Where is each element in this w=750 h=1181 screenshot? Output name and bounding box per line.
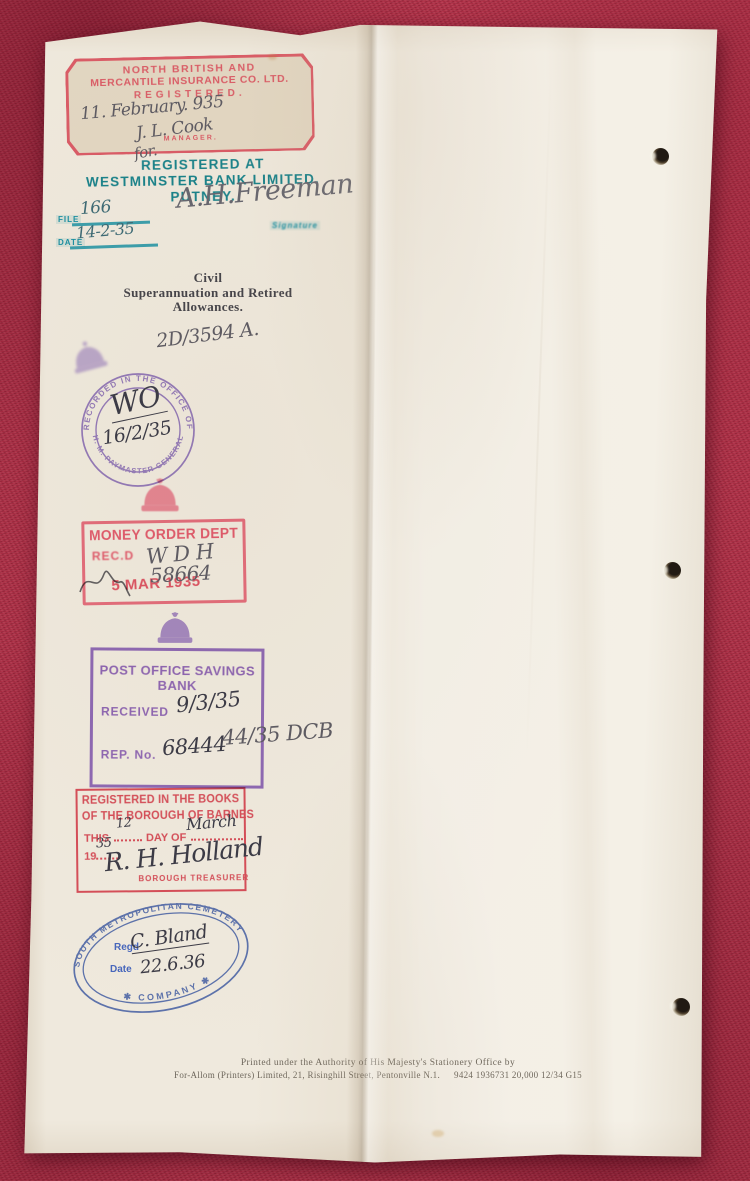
imprint-line2: For-Allom (Printers) Limited, 21, Rising… — [118, 1070, 638, 1080]
civil-line3: Allowances. — [58, 300, 358, 315]
crown-cross — [157, 479, 164, 481]
civil-line1: Civil — [58, 271, 358, 286]
squiggle-path — [80, 571, 130, 596]
barnes-line1: REGISTERED IN THE BOOKS — [82, 793, 240, 807]
imprint-codes: 9424 1936731 20,000 12/34 G15 — [454, 1070, 582, 1080]
imprint-printer: For-Allom (Printers) Limited, 21, Rising… — [174, 1070, 440, 1080]
crown-cross — [172, 613, 178, 614]
savings-bank-stamp: POST OFFICE SAVINGS BANK RECEIVED REP. N… — [90, 647, 265, 788]
punch-hole-middle — [664, 562, 681, 579]
civil-line2: Superannuation and Retired — [58, 286, 358, 301]
money-order-title: MONEY ORDER DEPT — [88, 526, 238, 545]
imprint-line1: Printed under the Authority of His Majes… — [118, 1058, 638, 1068]
crown-orb — [173, 612, 178, 617]
civil-handwritten-reference: 2D/3594 A. — [155, 318, 260, 352]
file-value-handwritten: 166 — [79, 197, 111, 219]
paper-stain — [432, 1130, 444, 1137]
date-value-handwritten: 14-2-35 — [75, 218, 135, 242]
crown-dome — [144, 485, 175, 506]
barnes-year-prefix: 19 — [84, 851, 96, 863]
punch-hole-bottom — [672, 998, 690, 1016]
crown-band — [158, 637, 193, 642]
savings-bank-received-label: RECEIVED — [101, 704, 169, 718]
printers-imprint: Printed under the Authority of His Majes… — [118, 1058, 638, 1080]
crown-band — [141, 505, 178, 511]
barnes-handwritten-day: 12 — [115, 815, 132, 832]
signature-label-smudge: Signature — [270, 221, 320, 230]
barnes-day-rule — [114, 839, 142, 841]
crown-orb — [157, 478, 162, 483]
civil-superannuation-stamp: Civil Superannuation and Retired Allowan… — [58, 271, 358, 315]
savings-bank-handwritten-number: 68444 — [161, 732, 227, 760]
money-order-crown-icon — [136, 476, 184, 521]
minor-crease — [526, 58, 552, 758]
money-order-handwritten-number: 58664 — [149, 560, 211, 587]
crown-dome — [160, 618, 189, 637]
paper-shadow: NORTH BRITISH AND MERCANTILE INSURANCE C… — [0, 0, 750, 1181]
money-order-signature-squiggle — [76, 556, 132, 604]
savings-bank-crown-icon — [150, 610, 200, 652]
savings-bank-rep-label: REP. No. — [101, 747, 157, 761]
cemetery-date-label: Date — [110, 964, 132, 975]
crown-orb — [82, 341, 88, 347]
document-sheet: NORTH BRITISH AND MERCANTILE INSURANCE C… — [18, 18, 718, 1166]
punch-hole-top — [652, 148, 669, 165]
photo-fabric-background: NORTH BRITISH AND MERCANTILE INSURANCE C… — [0, 0, 750, 1181]
